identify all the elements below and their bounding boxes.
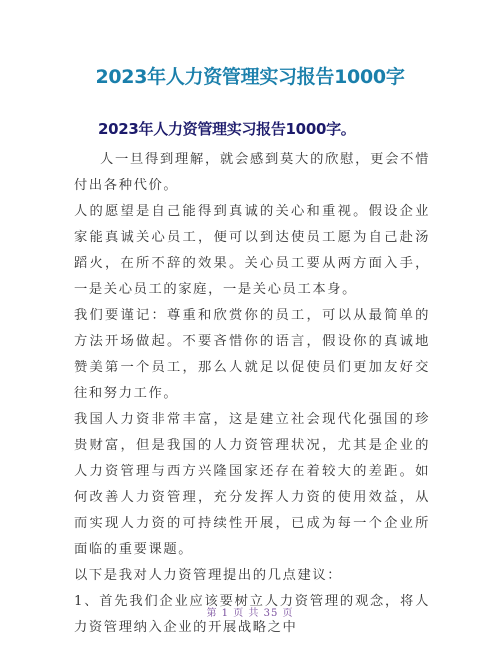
paragraph-respect-employees: 我们要谨记：尊重和欣赏你的员工，可以从最简单的方法开场做起。不要吝惜你的语言，假… <box>74 303 430 407</box>
page-title: 2023年人力资管理实习报告1000字 <box>0 62 500 89</box>
page-number-footer: 第 1 页 共 35 页 <box>0 604 500 619</box>
paragraph-suggestions-intro: 以下是我对人力资管理提出的几点建议： <box>74 563 430 589</box>
paragraph-care-employees: 人的愿望是自己能得到真诚的关心和重视。假设企业家能真诚关心员工，便可以到达使员工… <box>74 199 430 303</box>
paragraph-hr-status: 我国人力资非常丰富，这是建立社会现代化强国的珍贵财富，但是我国的人力资管理状况，… <box>74 407 430 563</box>
paragraph-intro: 人一旦得到理解，就会感到莫大的欣慰，更会不惜付出各种代价。 <box>74 147 430 199</box>
document-body: 人一旦得到理解，就会感到莫大的欣慰，更会不惜付出各种代价。 人的愿望是自己能得到… <box>74 147 430 641</box>
document-subtitle: 2023年人力资管理实习报告1000字。 <box>98 118 356 139</box>
